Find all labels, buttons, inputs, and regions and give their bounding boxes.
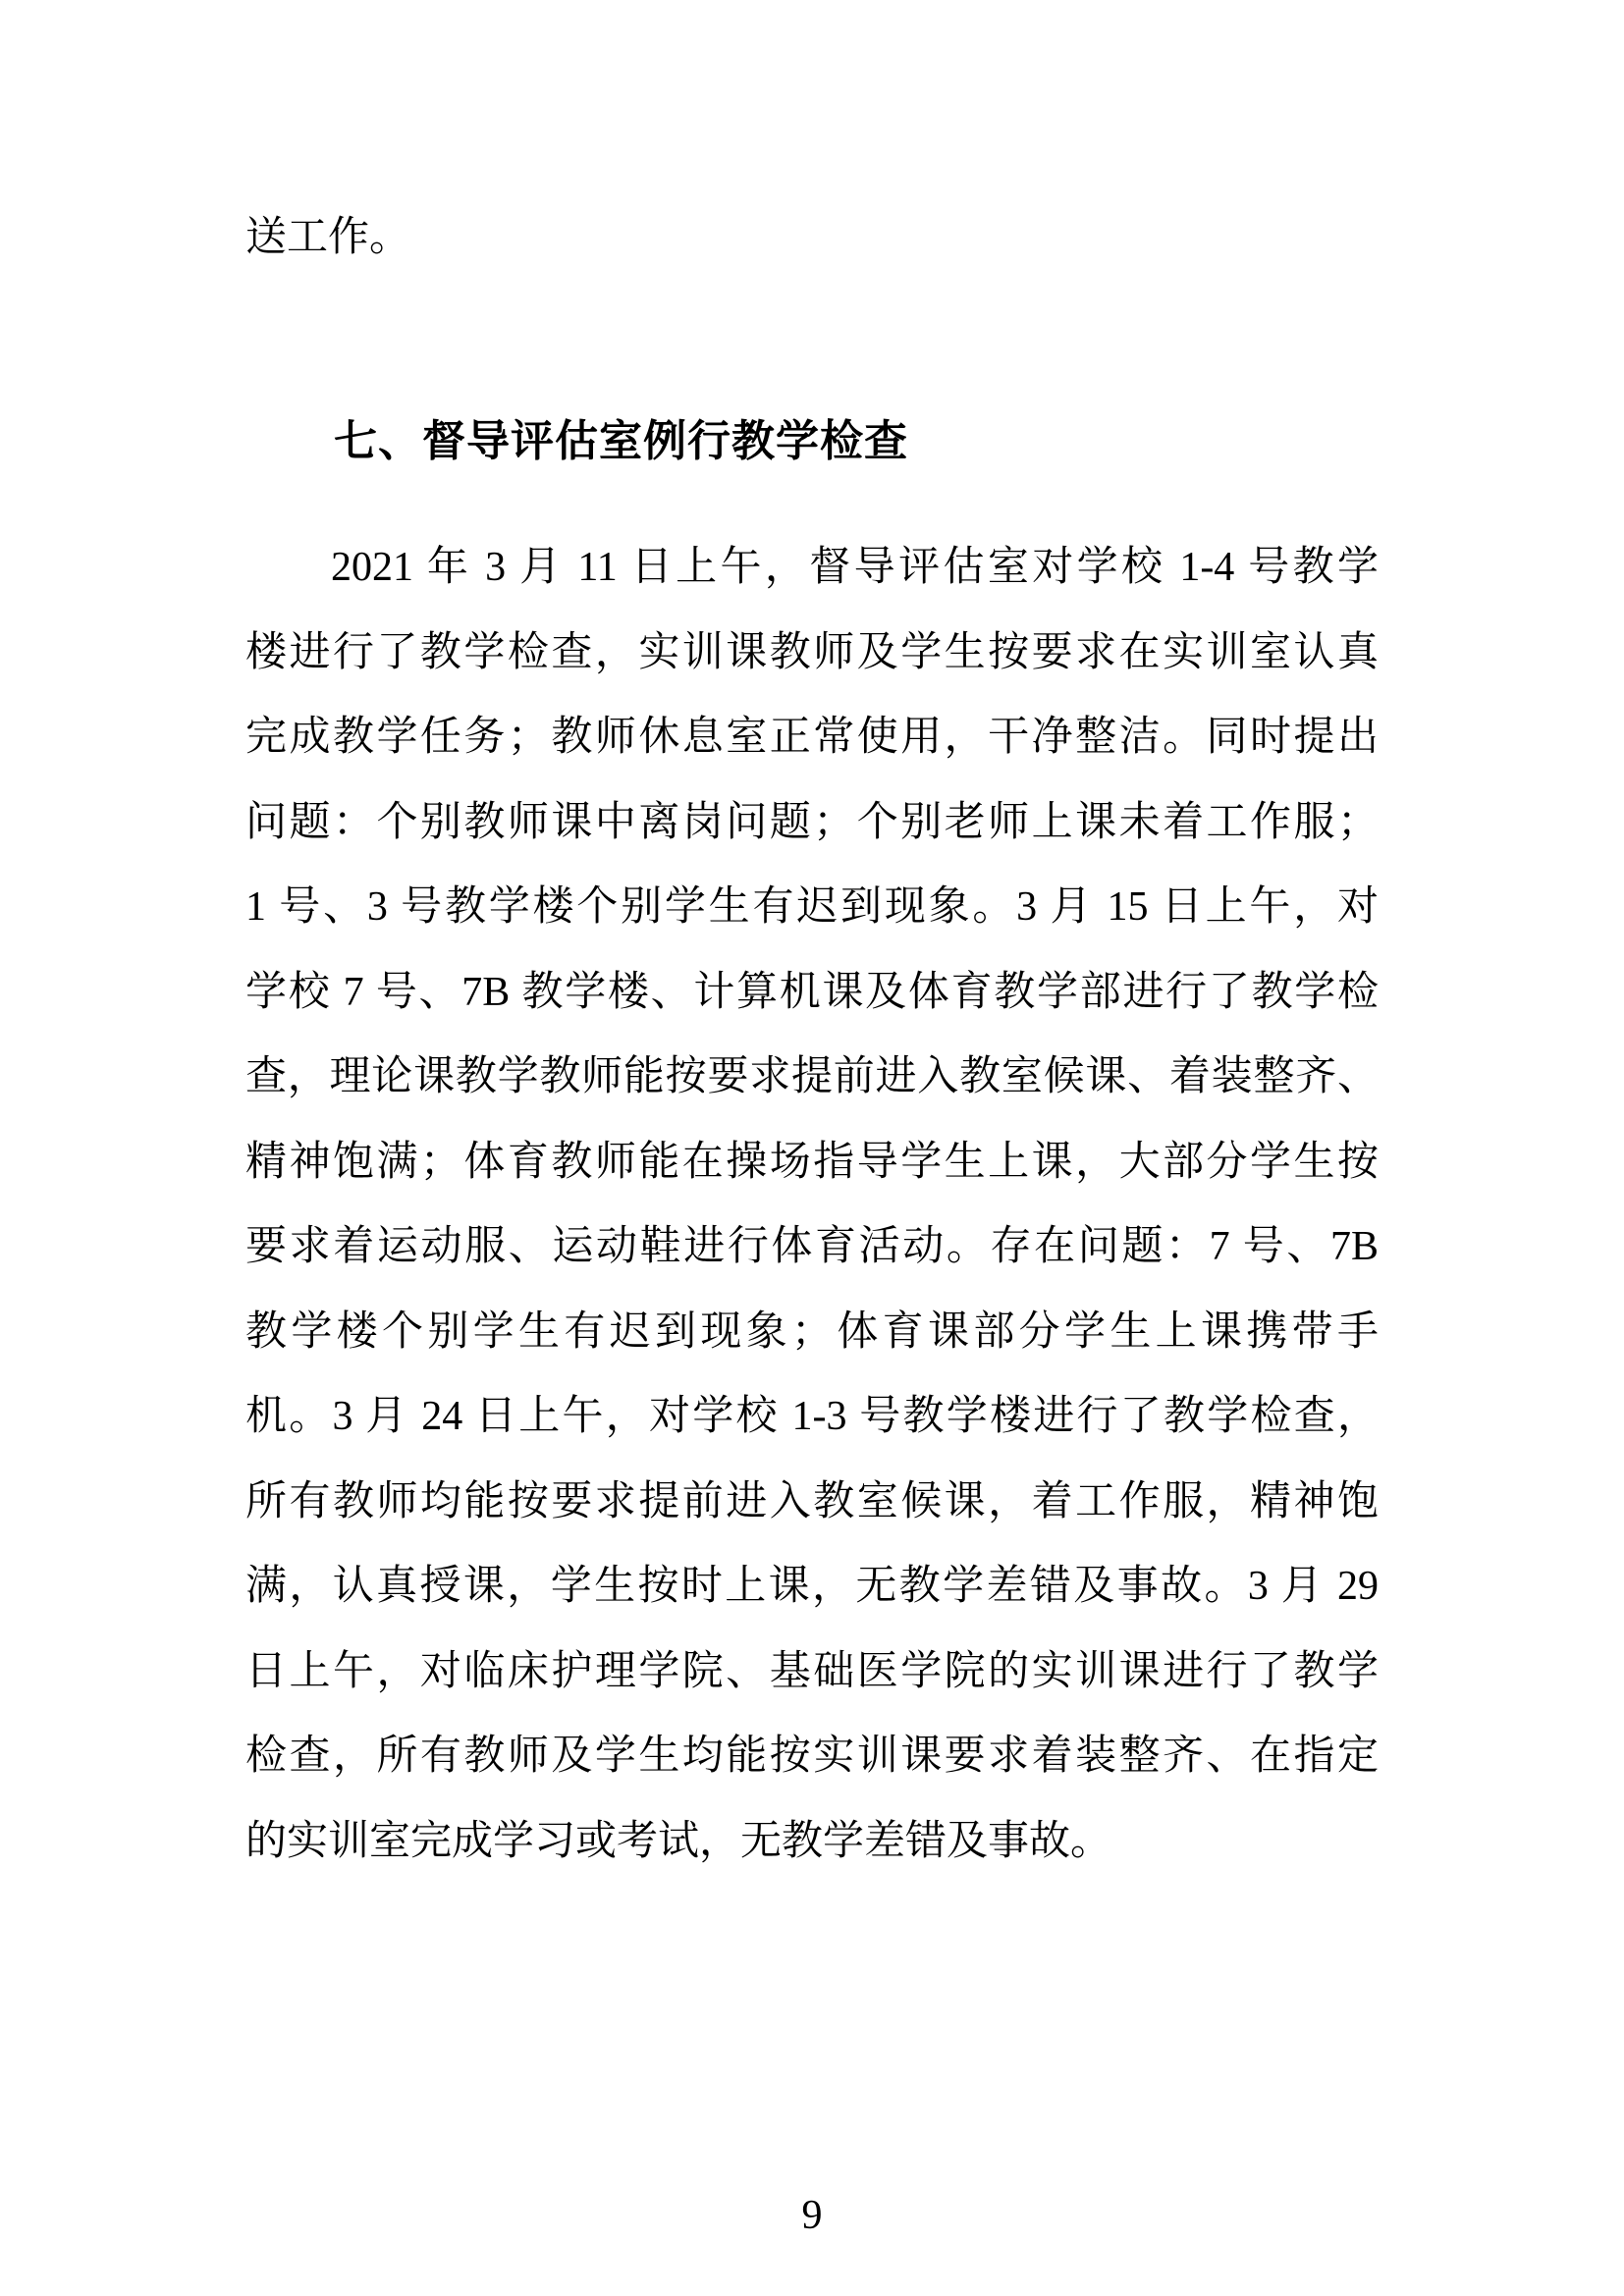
body-line: 机。3 月 24 日上午，对学校 1-3 号教学楼进行了教学检查， xyxy=(245,1374,1379,1460)
body-line: 所有教师均能按要求提前进入教室候课，着工作服，精神饱 xyxy=(245,1460,1379,1545)
body-line: 楼进行了教学检查，实训课教师及学生按要求在实训室认真 xyxy=(245,611,1379,696)
body-line: 日上午，对临床护理学院、基础医学院的实训课进行了教学 xyxy=(245,1629,1379,1715)
body-line: 学校 7 号、7B 教学楼、计算机课及体育教学部进行了教学检 xyxy=(245,950,1379,1036)
body-line: 教学楼个别学生有迟到现象；体育课部分学生上课携带手 xyxy=(245,1290,1379,1375)
body-line: 完成教学任务；教师休息室正常使用，干净整洁。同时提出 xyxy=(245,695,1379,780)
body-line: 查，理论课教学教师能按要求提前进入教室候课、着装整齐、 xyxy=(245,1035,1379,1120)
body-line: 问题：个别教师课中离岗问题；个别老师上课未着工作服； xyxy=(245,780,1379,866)
document-page: 送工作。 七、督导评估室例行教学检查 2021 年 3 月 11 日上午，督导评… xyxy=(0,0,1624,2296)
page-number: 9 xyxy=(0,2191,1624,2240)
body-line: 2021 年 3 月 11 日上午，督导评估室对学校 1-4 号教学 xyxy=(245,525,1379,611)
section-heading: 七、督导评估室例行教学检查 xyxy=(334,416,908,467)
body-line: 的实训室完成学习或考试，无教学差错及事故。 xyxy=(245,1799,1379,1885)
section-body: 2021 年 3 月 11 日上午，督导评估室对学校 1-4 号教学 楼进行了教… xyxy=(245,525,1379,1884)
body-line: 1 号、3 号教学楼个别学生有迟到现象。3 月 15 日上午，对 xyxy=(245,865,1379,950)
body-line: 精神饱满；体育教师能在操场指导学生上课，大部分学生按 xyxy=(245,1120,1379,1205)
body-line: 要求着运动服、运动鞋进行体育活动。存在问题：7 号、7B xyxy=(245,1204,1379,1290)
body-line: 检查，所有教师及学生均能按实训课要求着装整齐、在指定 xyxy=(245,1714,1379,1799)
body-line: 满，认真授课，学生按时上课，无教学差错及事故。3 月 29 xyxy=(245,1544,1379,1629)
paragraph-continuation-text: 送工作。 xyxy=(245,212,1379,263)
